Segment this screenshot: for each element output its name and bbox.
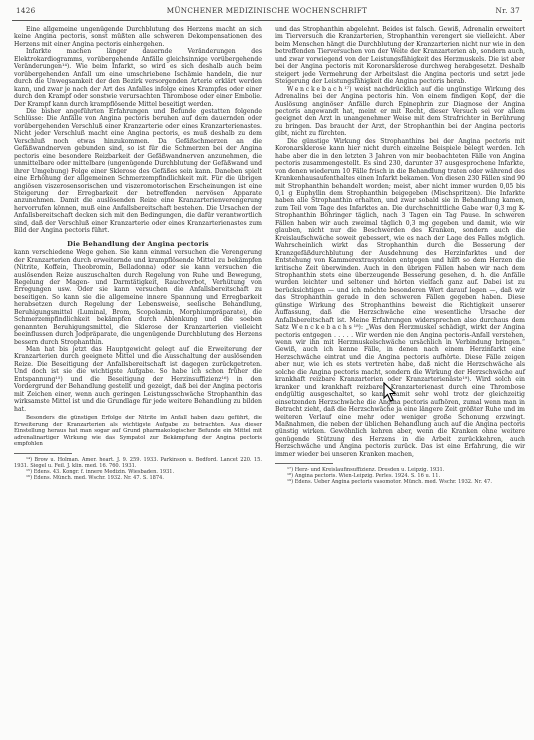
small-paragraph: Besonders die günstigen Erfolge der Nitr… (14, 415, 262, 448)
right-column: und das Strophanthin abgelehnt. Beides i… (275, 26, 525, 486)
page-header: 1426 MÜNCHENER MEDIZINISCHE WOCHENSCHRIF… (10, 6, 524, 18)
paragraph: Wenckebach¹⁷) weist nachdrücklich auf di… (275, 86, 525, 138)
footnote-rule (275, 463, 333, 464)
paragraph-text: ¹⁸): „Was den Herzmuskel schädigt, wirkt… (275, 324, 525, 458)
footnotes: ¹⁷) Herz- und Kreislaufinsuffizienz. Dre… (275, 467, 525, 485)
paragraph: Die günstige Wirkung des Strophanthins b… (275, 138, 525, 458)
paragraph-text: Die günstige Wirkung des Strophanthins b… (275, 138, 525, 331)
issue-number: Nr. 37 (496, 6, 520, 15)
paragraph: kann verschiedene Wege gehen. Sie kann e… (14, 249, 262, 346)
author-name: Wenckebach (287, 86, 344, 93)
paragraph: Man hat bis jetzt das Hauptgewicht geleg… (14, 346, 262, 413)
paragraph: Die bisher angeführten Erfahrungen und B… (14, 108, 262, 235)
paragraph-text: ¹⁷) weist nachdrücklich auf die ungünsti… (275, 86, 525, 138)
left-column: Eine allgemeine ungenügende Durchblutung… (14, 26, 262, 481)
footnote: ¹⁹) Edens. Ueber Angina pectoris vasomot… (275, 479, 525, 485)
journal-title: MÜNCHENER MEDIZINISCHE WOCHENSCHRIFT (10, 6, 524, 15)
paragraph: Eine allgemeine ungenügende Durchblutung… (14, 26, 262, 48)
header-rule (12, 20, 522, 21)
mouse-cursor-icon (383, 382, 397, 402)
footnote-rule (14, 453, 72, 454)
footnote: ¹⁴) Brow u. Holman. Amer. heart. J. 9. 2… (14, 457, 262, 469)
author-name: Wenckebachs (291, 324, 353, 331)
paragraph: Infarkte machen länger dauernde Veränder… (14, 48, 262, 108)
section-heading: Die Behandlung der Angina pectoris (14, 241, 262, 248)
footnotes: ¹⁴) Brow u. Holman. Amer. heart. J. 9. 2… (14, 457, 262, 481)
footnote: ¹⁶) Edens. Münch. med. Wschr. 1932. Nr. … (14, 475, 262, 481)
paragraph: und das Strophanthin abgelehnt. Beides i… (275, 26, 525, 86)
